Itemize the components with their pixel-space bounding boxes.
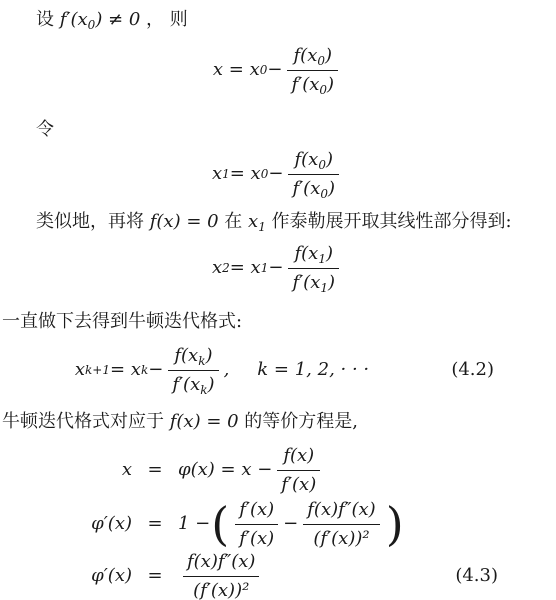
math-term: f(x	[294, 45, 318, 66]
display-equation-x: x = x0 − f(x0)f′(x0)	[0, 40, 556, 100]
math-term: f′(x	[291, 74, 319, 95]
cjk-text: 一直做下去得到牛顿迭代格式:	[2, 311, 242, 332]
math-inline: f(x) = 0	[170, 411, 239, 432]
math-term: φ(x) = x −	[178, 458, 272, 482]
math-term: f(x	[294, 149, 318, 170]
rhs: f(x)f″(x)(f′(x))²	[178, 550, 264, 600]
fraction-denominator: f′(x1)	[288, 268, 339, 295]
eqnarray-row-phi-prime-expansion: φ′(x) = 1 − (f′(x)f′(x) − f(x)f″(x)(f′(x…	[0, 496, 556, 552]
fraction-denominator: (f′(x))²	[183, 576, 259, 600]
minus-sign: −	[148, 358, 163, 382]
cjk-text: 在	[219, 211, 248, 232]
lhs: φ′(x)	[0, 512, 132, 536]
math-term: x = x	[213, 58, 260, 82]
rhs: 1 − (f′(x)f′(x) − f(x)f″(x)(f′(x))²)	[178, 498, 405, 551]
fraction-numerator: f(xk)	[168, 344, 218, 370]
fraction: f(x)f′(x)	[277, 444, 320, 497]
minus-sign: −	[268, 256, 283, 280]
math-term: f′(x	[292, 272, 320, 293]
math-inline: f(x) = 0	[150, 211, 219, 232]
math-inline: ) ≠ 0	[95, 9, 140, 30]
lhs: x	[0, 458, 132, 482]
fraction-numerator: f(x)f″(x)	[183, 550, 259, 576]
math-inline: f′(x	[60, 9, 88, 30]
subscript: 0	[318, 158, 326, 172]
fraction: f(x)f″(x)(f′(x))²	[303, 498, 379, 551]
cjk-text: 令	[36, 119, 54, 140]
fraction-denominator: f′(xk)	[168, 370, 218, 397]
math-term: f(x	[174, 345, 198, 366]
fraction-numerator: f(x)	[277, 444, 320, 470]
math-term: )	[326, 243, 333, 264]
math-term: = x	[230, 256, 261, 280]
math-term: f′(x	[292, 178, 320, 199]
subscript: 0	[319, 83, 327, 97]
equals-sign: =	[132, 564, 178, 588]
fraction: f′(x)f′(x)	[235, 498, 278, 551]
fraction-denominator: f′(x0)	[287, 70, 338, 97]
display-equation-x2: x2 = x1 − f(x1)f′(x1)	[0, 238, 556, 298]
fraction-numerator: f(x1)	[288, 242, 339, 268]
equals-sign: =	[132, 458, 178, 482]
math-term: )	[208, 374, 215, 395]
paragraph-assume-derivative-nonzero: 设 f′(x0) ≠ 0 ， 则	[0, 0, 556, 32]
cjk-text: 设	[36, 9, 60, 30]
paragraph-newton-iteration-intro: 一直做下去得到牛顿迭代格式:	[0, 310, 556, 334]
equation-number-4-3: (4.3)	[455, 564, 498, 588]
minus-sign: −	[268, 162, 283, 186]
fraction-denominator: f′(x0)	[288, 174, 339, 201]
cjk-text: 类似地，再将	[36, 211, 150, 232]
display-equation-newton-formula: xk+1 = xk − f(xk)f′(xk),k = 1, 2, · · · …	[0, 340, 556, 400]
subscript: 1	[318, 252, 326, 266]
rhs: φ(x) = x − f(x)f′(x)	[178, 444, 325, 497]
math-term: = x	[230, 162, 261, 186]
math-term: )	[328, 178, 335, 199]
fraction-numerator: f(x)f″(x)	[303, 498, 379, 524]
equation-array: x = φ(x) = x − f(x)f′(x) φ′(x) = 1 − (f′…	[0, 444, 556, 600]
paragraph-equivalent-equation-intro: 牛顿迭代格式对应于 f(x) = 0 的等价方程是,	[0, 410, 556, 434]
math-term: x	[75, 358, 85, 382]
fraction-numerator: f(x0)	[287, 44, 338, 70]
math-term: 1 −	[178, 512, 210, 536]
math-term: )	[326, 149, 333, 170]
math-term: x	[212, 256, 222, 280]
subscript: 0	[320, 187, 328, 201]
math-term: )	[327, 74, 334, 95]
fraction: f(xk)f′(xk)	[168, 344, 218, 397]
math-term: = x	[110, 358, 141, 382]
math-inline: x	[248, 211, 258, 232]
equals-sign: =	[132, 512, 178, 536]
math-term: )	[328, 272, 335, 293]
subscript: 1	[258, 220, 266, 234]
cjk-text: 的等价方程是,	[239, 411, 358, 432]
fraction: f(x0)f′(x0)	[287, 44, 338, 97]
fraction-numerator: f(x0)	[288, 148, 339, 174]
eqnarray-row-phi-definition: x = φ(x) = x − f(x)f′(x)	[0, 444, 556, 496]
cjk-text: 牛顿迭代格式对应于	[2, 411, 170, 432]
comma: ,	[224, 358, 230, 382]
math-term: x	[212, 162, 222, 186]
paragraph-taylor-expansion: 类似地，再将 f(x) = 0 在 x1 作泰勒展开取其线性部分得到:	[0, 210, 556, 234]
math-term: )	[205, 345, 212, 366]
display-equation-x1: x1 = x0 − f(x0)f′(x0)	[0, 144, 556, 204]
fraction-denominator: (f′(x))²	[303, 524, 379, 551]
cjk-text: 作泰勒展开取其线性部分得到:	[266, 211, 512, 232]
fraction-numerator: f′(x)	[235, 498, 278, 524]
lhs: φ′(x)	[0, 564, 132, 588]
fraction-denominator: f′(x)	[277, 470, 320, 497]
subscript: k	[200, 383, 207, 397]
equation-number-4-2: (4.2)	[451, 358, 494, 382]
minus-sign: −	[283, 512, 298, 536]
paragraph-let: 令	[0, 118, 556, 142]
fraction-denominator: f′(x)	[235, 524, 278, 551]
iteration-condition: k = 1, 2, · · ·	[257, 358, 369, 382]
fraction: f(x)f″(x)(f′(x))²	[183, 550, 259, 600]
fraction: f(x1)f′(x1)	[288, 242, 339, 295]
fraction: f(x0)f′(x0)	[288, 148, 339, 201]
math-term: f(x	[294, 243, 318, 264]
subscript: 1	[320, 281, 328, 295]
minus-sign: −	[267, 58, 282, 82]
math-term: )	[325, 45, 332, 66]
eqnarray-row-phi-prime-result: φ′(x) = f(x)f″(x)(f′(x))² (4.3)	[0, 552, 556, 600]
math-term: f′(x	[172, 374, 200, 395]
cjk-text: ， 则	[140, 9, 187, 30]
subscript: 0	[317, 54, 325, 68]
